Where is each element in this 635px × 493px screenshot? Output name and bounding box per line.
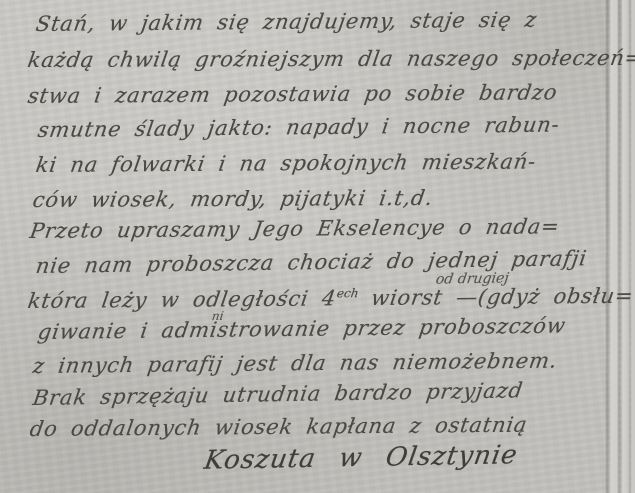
manuscript-line-13: do oddalonych wiosek kapłana z ostatnią (28, 413, 529, 441)
interlinear-insertion-od-drugiej: od drugiej (435, 270, 510, 287)
manuscript-line-9: która leży w odległości 4ech wiorst —(gd… (26, 284, 635, 313)
interlinear-insertion-ni: ni (211, 309, 225, 323)
manuscript-line-2: każdą chwilą groźniejszym dla naszego sp… (26, 46, 635, 72)
manuscript-line-6: ców wiosek, mordy, pijatyki i.t,d. (31, 186, 435, 212)
line-9-text-after: wiorst —(gdyż obsłu= (356, 284, 635, 310)
line-9-text: która leży w odległości 4 (26, 286, 338, 313)
manuscript-line-1: Stań, w jakim się znajdujemy, staje się … (34, 8, 538, 36)
manuscript-page: Stań, w jakim się znajdujemy, staje się … (0, 0, 635, 493)
manuscript-line-7: Przeto upraszamy Jego Ekselencye o nada= (28, 214, 561, 243)
manuscript-line-4: smutne ślady jakto: napady i nocne rabun… (36, 113, 561, 142)
manuscript-line-11: z innych parafij jest dla nas niemożebne… (31, 349, 559, 378)
page-binding-edge (605, 0, 635, 493)
manuscript-line-5: ki na folwarki i na spokojnych mieszkań- (34, 150, 538, 177)
manuscript-line-3: stwa i zarazem pozostawia po sobie bardz… (26, 80, 559, 108)
signature-place-line: Koszuta w Olsztynie (202, 440, 520, 475)
manuscript-line-12: Brak sprzężaju utrudnia bardzo przyjazd (31, 378, 524, 410)
manuscript-line-10: giwanie i admistrowanie przez proboszczó… (36, 314, 567, 344)
superscript-ech: ech (336, 286, 360, 300)
